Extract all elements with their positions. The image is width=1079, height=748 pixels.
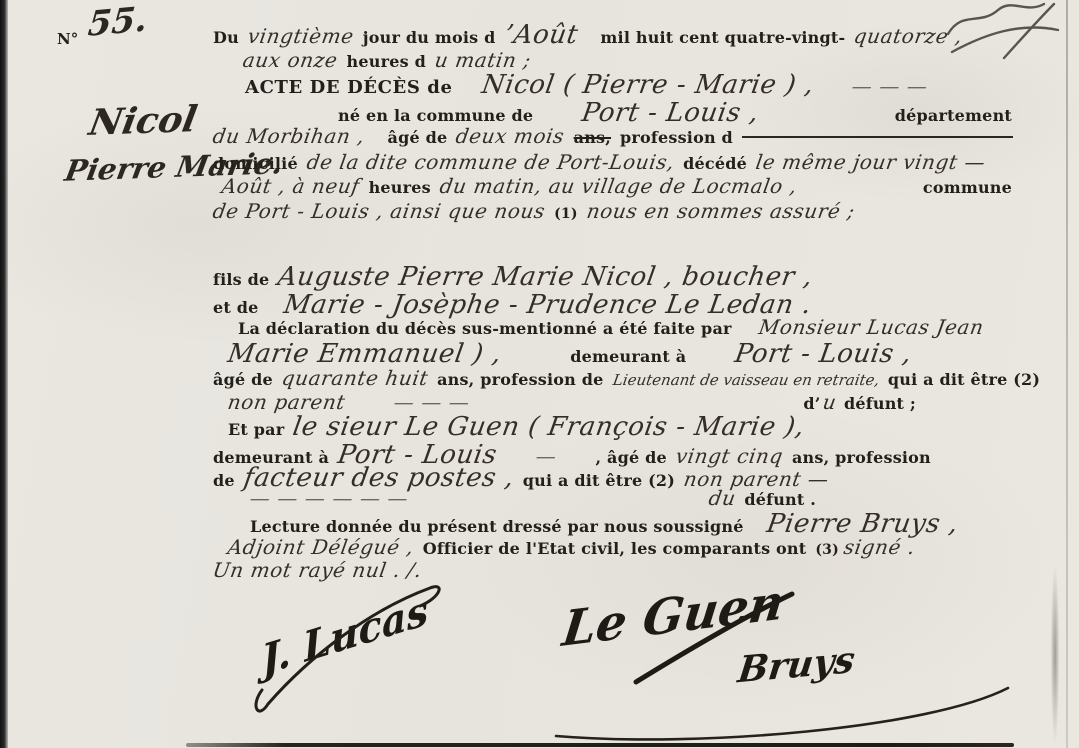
signature-declarant1: J. Lucas bbox=[260, 586, 430, 685]
printed-text: âgé de bbox=[213, 370, 273, 389]
handwritten-text: u bbox=[821, 390, 838, 414]
line-date: Du vingtième jour du mois d ’Août mil hu… bbox=[213, 20, 1013, 50]
line-declaration: La déclaration du décès sus-mentionné a … bbox=[238, 315, 983, 339]
handwritten-text: ’Août bbox=[502, 20, 580, 50]
next-record-divider bbox=[186, 743, 1014, 747]
declarant1-name: Monsieur Lucas Jean bbox=[757, 315, 985, 339]
handwritten-dashes: — — — bbox=[850, 74, 930, 98]
line-declarant-residence: Marie Emmanuel ) , demeurant à Port - Lo… bbox=[228, 339, 912, 369]
line-death-place: Août , à neuf heures du matin, au villag… bbox=[222, 174, 1012, 198]
line-father: fils de Auguste Pierre Marie Nicol , bou… bbox=[213, 262, 813, 292]
printed-text: de bbox=[213, 471, 235, 490]
handwritten-text: non parent bbox=[226, 390, 347, 414]
printed-text: jour du mois d bbox=[363, 28, 496, 47]
line-mot-raye: Un mot rayé nul . /. bbox=[213, 558, 422, 582]
printed-text: défunt ; bbox=[844, 394, 916, 413]
act-title-label: ACTE DE DÉCÈS de bbox=[245, 77, 453, 98]
printed-text: mil huit cent quatre-vingt- bbox=[600, 28, 845, 47]
printed-text: La déclaration du décès sus-mentionné a … bbox=[238, 319, 732, 338]
bruys-flourish-icon bbox=[556, 688, 1008, 739]
line-act-title: ACTE DE DÉCÈS de Nicol ( Pierre - Marie … bbox=[245, 70, 928, 100]
handwritten-dashes: — — — — — — bbox=[248, 486, 410, 510]
handwritten-text: Port - Louis , bbox=[733, 339, 914, 369]
line-relationship1: non parent — — — d’ u défunt ; bbox=[228, 390, 916, 414]
handwritten-text: du matin, au village de Locmalo , bbox=[438, 174, 799, 198]
handwritten-text: de la dite commune de Port-Louis, bbox=[305, 150, 676, 174]
printed-text: domicilié bbox=[213, 154, 298, 173]
printed-text: demeurant à bbox=[570, 347, 686, 366]
line-age-profession: du Morbihan , âgé de deux mois ans, prof… bbox=[213, 124, 1013, 148]
book-binding-edge bbox=[0, 0, 8, 748]
line-assurance: de Port - Louis , ainsi que nous (1) nou… bbox=[213, 199, 854, 223]
line-declarant-age: âgé de quarante huit ans, profession de … bbox=[213, 366, 1013, 390]
handwritten-text: Marie Emmanuel ) , bbox=[226, 339, 504, 369]
printed-text: né en la commune de bbox=[338, 106, 533, 125]
printed-text: qui a dit être (2) bbox=[888, 370, 1040, 389]
deceased-name: Nicol ( Pierre - Marie ) , bbox=[479, 70, 816, 100]
printed-text: décédé bbox=[683, 154, 747, 173]
death-record-page: { "page": { "record_number_label": "N°",… bbox=[0, 0, 1079, 748]
printed-text: Et par bbox=[228, 420, 284, 439]
handwritten-text: aux onze bbox=[241, 48, 339, 72]
printed-text: heures bbox=[369, 178, 431, 197]
page-edge-shadow bbox=[1050, 560, 1060, 748]
du-defunt-group2: du défunt . bbox=[709, 486, 816, 510]
printed-footnote-ref: (3) bbox=[815, 542, 839, 558]
printed-text: Lecture donnée du présent dressé par nou… bbox=[250, 517, 744, 536]
record-number: 55. bbox=[86, 0, 148, 45]
signature-officer: Bruys bbox=[736, 639, 858, 692]
handwritten-text: Lieutenant de vaisseau en retraite, bbox=[611, 371, 880, 389]
handwritten-text: signé . bbox=[842, 535, 917, 559]
printed-text: d’ bbox=[803, 394, 820, 413]
handwritten-text: Août , à neuf bbox=[220, 174, 361, 198]
printed-text: fils de bbox=[213, 270, 269, 289]
page-edge bbox=[1066, 0, 1068, 748]
printed-text: défunt . bbox=[744, 490, 816, 509]
line-time: aux onze heures d u matin ; bbox=[243, 48, 531, 72]
handwritten-text: quarante huit bbox=[280, 366, 430, 390]
declarant2-name: le sieur Le Guen ( François - Marie ), bbox=[291, 412, 807, 442]
blank-rule bbox=[742, 136, 1013, 138]
line-relationship2: — — — — — — du défunt . bbox=[250, 486, 816, 510]
line-domicile: domicilié de la dite commune de Port-Lou… bbox=[213, 150, 985, 174]
du-defunt-group: d’ u défunt ; bbox=[803, 390, 916, 414]
handwritten-text: le même jour vingt — bbox=[754, 150, 987, 174]
line-declarant2: Et par le sieur Le Guen ( François - Mar… bbox=[228, 412, 805, 442]
handwritten-dashes: — — — bbox=[392, 390, 472, 414]
printed-text: Du bbox=[213, 28, 239, 47]
printed-text: département bbox=[895, 106, 1012, 125]
printed-text: profession d bbox=[620, 128, 733, 147]
handwritten-text: u matin ; bbox=[433, 48, 533, 72]
margin-deceased-surname: Nicol bbox=[86, 98, 200, 144]
handwritten-text: nous en sommes assuré ; bbox=[585, 199, 857, 223]
handwritten-text: du Morbihan , bbox=[211, 124, 366, 148]
printed-text-struck: ans, bbox=[574, 128, 611, 147]
signature-declarant2: Le Guen bbox=[559, 574, 787, 658]
record-number-label: N° bbox=[57, 30, 78, 48]
handwritten-text: deux mois bbox=[455, 124, 567, 148]
printed-text: commune bbox=[923, 178, 1012, 197]
handwritten-text: quatorze , bbox=[852, 24, 964, 48]
printed-footnote-ref: (1) bbox=[554, 206, 578, 222]
handwritten-text: de Port - Louis , ainsi que nous bbox=[211, 199, 547, 223]
printed-text: heures d bbox=[347, 52, 426, 71]
father-name: Auguste Pierre Marie Nicol , boucher , bbox=[276, 262, 815, 292]
printed-text: ans, profession de bbox=[437, 370, 603, 389]
handwritten-text: vingtième bbox=[246, 24, 356, 48]
line-officer-title: Adjoint Délégué , Officier de l'Etat civ… bbox=[228, 535, 915, 559]
printed-text: âgé de bbox=[388, 128, 448, 147]
handwritten-text: Un mot rayé nul . /. bbox=[211, 558, 424, 582]
handwritten-text: du bbox=[708, 486, 739, 510]
printed-text: Officier de l'Etat civil, les comparants… bbox=[423, 539, 807, 558]
handwritten-text: Adjoint Délégué , bbox=[226, 535, 416, 559]
